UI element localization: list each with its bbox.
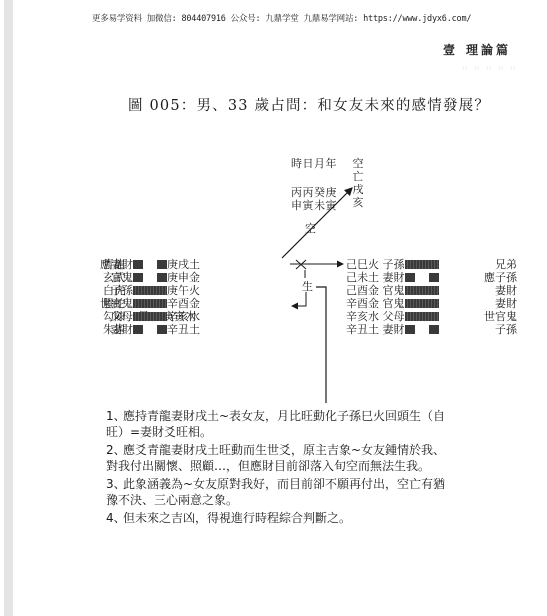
yin-line-icon: [405, 273, 439, 282]
base-relation: 世官鬼: [484, 310, 517, 323]
yin-line-icon: [133, 260, 167, 269]
main-line-4: 子孫庚午火: [111, 284, 200, 297]
base-relation: 妻財: [495, 284, 517, 297]
main-line-5: 官鬼庚申金: [111, 271, 200, 284]
yin-line-icon: [133, 325, 167, 334]
note-1-cont: 旺）=妻財爻旺相。: [106, 424, 212, 440]
changed-line-4: 己酉金 官鬼: [346, 284, 439, 297]
base-relation: 妻財: [495, 297, 517, 310]
base-relation: 兄弟: [495, 258, 517, 271]
yang-line-icon: [405, 286, 439, 295]
changed-line-5: 己未土 妻財: [346, 271, 439, 284]
yang-line-icon: [133, 286, 167, 295]
yang-line-icon: [405, 260, 439, 269]
main-line-3: 世官鬼辛酉金: [100, 297, 200, 310]
yang-line-icon: [133, 312, 167, 321]
kong-mark: 空: [305, 222, 316, 235]
changed-line-6: 己巳火 子孫: [346, 258, 439, 271]
main-line-2: 父母辛亥水: [111, 310, 200, 323]
base-relation: 應子孫: [484, 271, 517, 284]
note-3-cont: 豫不決、三心兩意之象。: [106, 492, 238, 508]
main-line-1: 妻財辛丑土: [111, 323, 200, 336]
sheng-mark: 生: [302, 280, 313, 293]
changed-line-1: 辛丑土 妻財: [346, 323, 439, 336]
note-4: 4、但未來之吉凶，得視進行時程綜合判斷之。: [106, 510, 351, 526]
yang-line-icon: [405, 312, 439, 321]
yang-line-icon: [405, 299, 439, 308]
note-3: 3、此象涵義為~女友原對我好，而目前卻不願再付出，空亡有猶: [106, 476, 445, 492]
yin-line-icon: [405, 325, 439, 334]
yin-line-icon: [133, 273, 167, 282]
yang-line-icon: [133, 299, 167, 308]
note-2: 2、應爻青龍妻財戌土旺動而生世爻，原主吉象~女友鍾情於我、: [106, 442, 445, 458]
note-1: 1、應持青龍妻財戌土~表女友，月比旺動化子孫巳火回頭生（自: [106, 408, 445, 424]
note-2-cont: 對我付出關懷、照顧…，但應財目前卻落入旬空而無法生我。: [106, 458, 430, 474]
changed-line-2: 辛亥水 父母: [346, 310, 439, 323]
base-relation: 子孫: [495, 323, 517, 336]
main-line-6: 應妻財庚戌土: [100, 258, 200, 271]
changed-line-3: 辛酉金 官鬼: [346, 297, 439, 310]
